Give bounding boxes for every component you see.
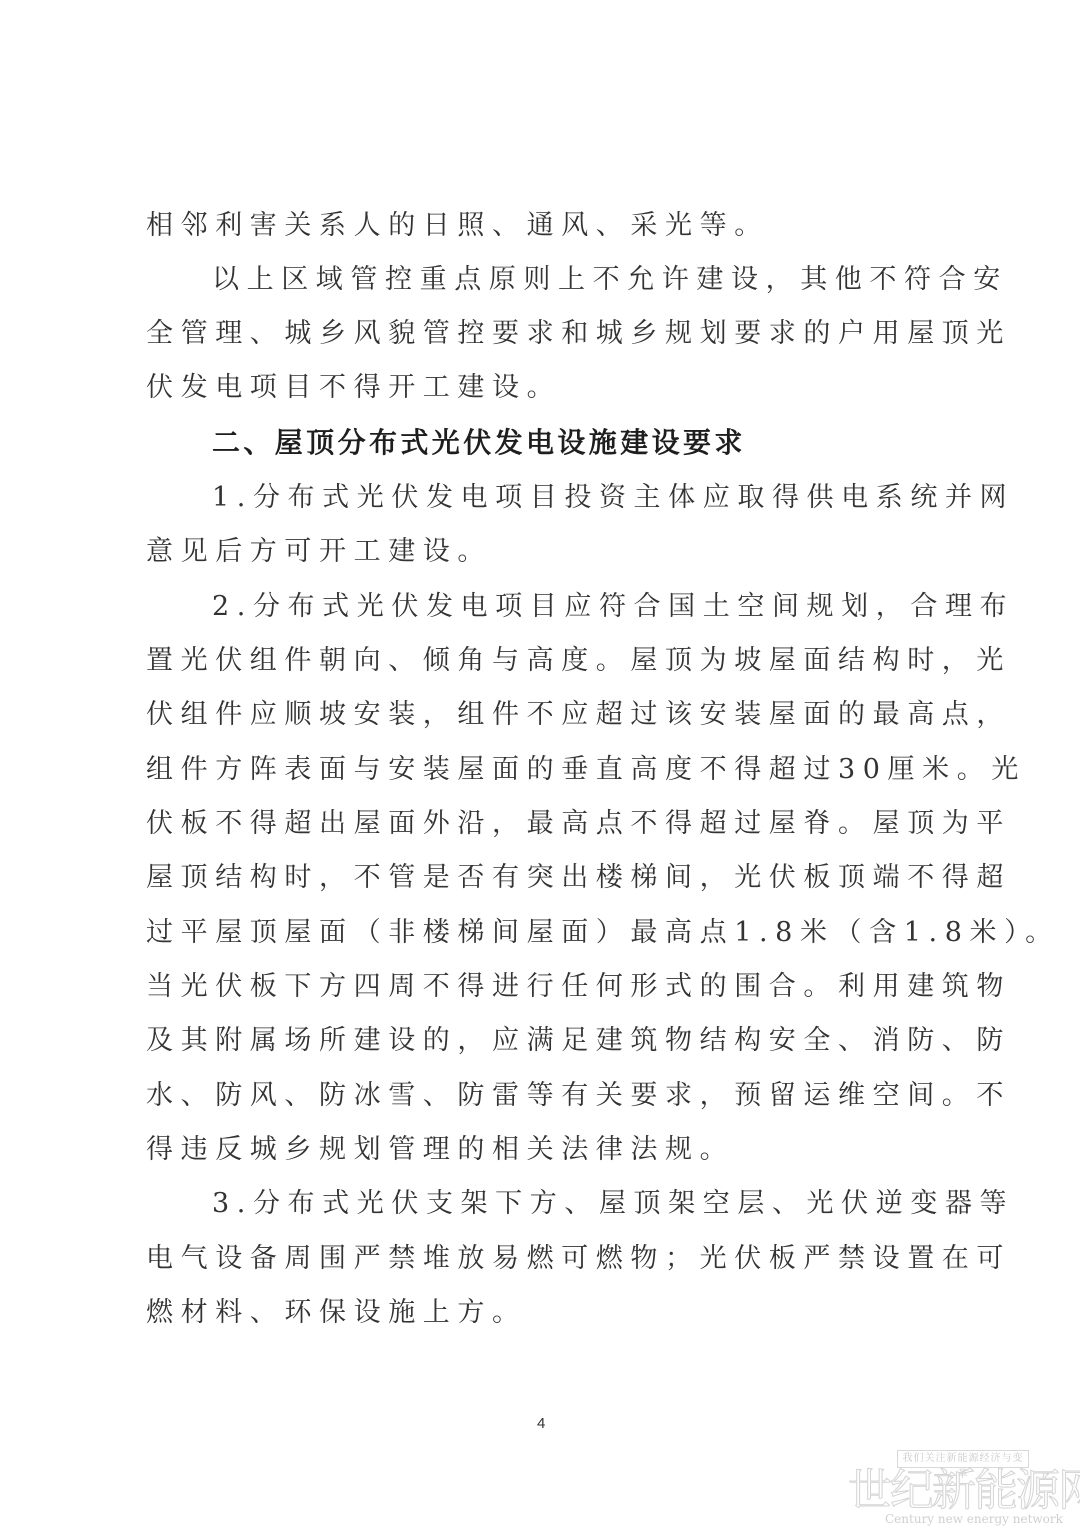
item2-line: 水、防风、防冰雪、防雷等有关要求，预留运维空间。不	[146, 1078, 946, 1114]
item2-line: 当光伏板下方四周不得进行任何形式的围合。利用建筑物	[146, 969, 946, 1005]
item2-line: 2.分布式光伏发电项目应符合国土空间规划，合理布	[212, 589, 1012, 625]
body-line: 以上区域管控重点原则上不允许建设，其他不符合安	[212, 262, 1012, 298]
item2-line: 得违反城乡规划管理的相关法律法规。	[146, 1132, 946, 1168]
item2-line: 伏板不得超出屋面外沿，最高点不得超过屋脊。屋顶为平	[146, 806, 946, 842]
item3-line: 3.分布式光伏支架下方、屋顶架空层、光伏逆变器等	[212, 1186, 1012, 1222]
item2-line: 伏组件应顺坡安装，组件不应超过该安装屋面的最高点，	[146, 697, 946, 733]
body-line: 全管理、城乡风貌管控要求和城乡规划要求的户用屋顶光	[146, 316, 946, 352]
item1-line: 意见后方可开工建设。	[146, 534, 946, 570]
page-number: 4	[537, 1415, 545, 1432]
watermark-subtitle: Century new energy network	[885, 1512, 1063, 1526]
item2-line: 置光伏组件朝向、倾角与高度。屋顶为坡屋面结构时，光	[146, 643, 946, 679]
section-heading: 二、屋顶分布式光伏发电设施建设要求	[212, 425, 1012, 461]
item2-line: 组件方阵表面与安装屋面的垂直高度不得超过30厘米。光	[146, 752, 946, 788]
item1-line: 1.分布式光伏发电项目投资主体应取得供电系统并网	[212, 480, 1012, 516]
watermark-logo: 世纪新能源网	[848, 1466, 1080, 1516]
item2-line: 屋顶结构时，不管是否有突出楼梯间，光伏板顶端不得超	[146, 860, 946, 896]
document-page: 相邻利害关系人的日照、通风、采光等。 以上区域管控重点原则上不允许建设，其他不符…	[0, 0, 1080, 1527]
item2-line: 及其附属场所建设的，应满足建筑物结构安全、消防、防	[146, 1023, 946, 1059]
body-line: 相邻利害关系人的日照、通风、采光等。	[146, 208, 946, 244]
item3-line: 燃材料、环保设施上方。	[146, 1295, 946, 1331]
item2-line: 过平屋顶屋面（非楼梯间屋面）最高点1.8米（含1.8米）。	[146, 915, 946, 951]
body-line: 伏发电项目不得开工建设。	[146, 370, 946, 406]
item3-line: 电气设备周围严禁堆放易燃可燃物；光伏板严禁设置在可	[146, 1241, 946, 1277]
